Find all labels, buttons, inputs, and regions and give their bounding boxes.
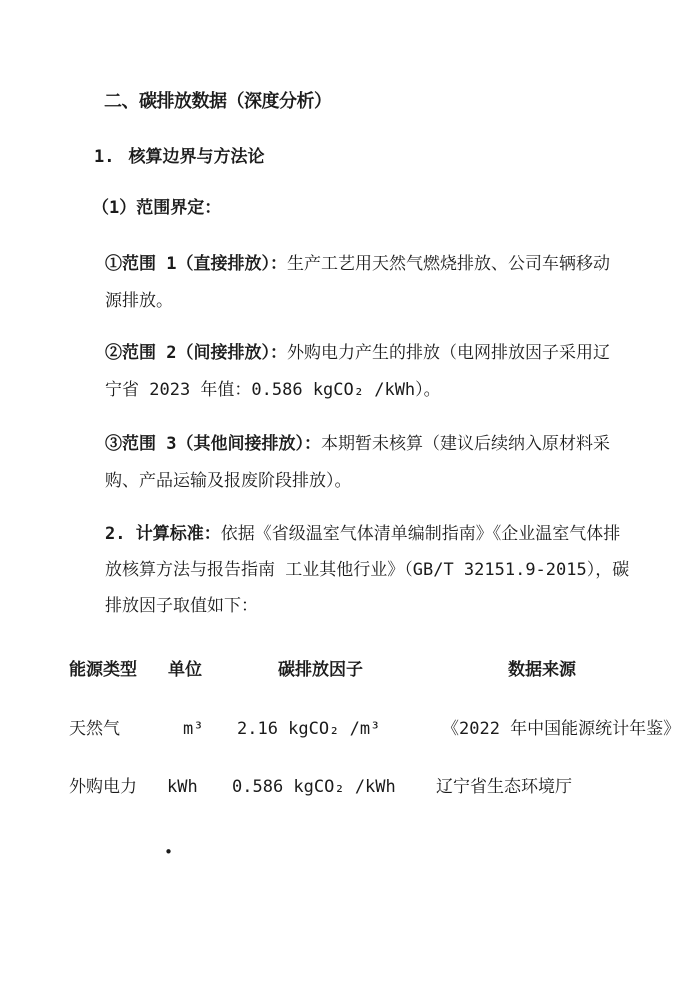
scope1-text1: 生产工艺用天然气燃烧排放、公司车辆移动 <box>287 254 610 274</box>
standard-label: 2. 计算标准： <box>105 524 221 544</box>
scope2-line1: ②范围 2（间接排放）：外购电力产生的排放（电网排放因子采用辽 <box>105 343 610 363</box>
table-row2-energy-type: 外购电力 <box>69 777 137 797</box>
scope2-text1: 外购电力产生的排放（电网排放因子采用辽 <box>287 343 610 363</box>
table-row1-unit: m³ <box>183 719 203 739</box>
table-header-data-source: 数据来源 <box>508 660 576 680</box>
table-row2-data-source: 辽宁省生态环境厅 <box>436 777 572 797</box>
subsection-heading: 1.核算边界与方法论 <box>94 147 264 167</box>
scope1-line1: ①范围 1（直接排放）：生产工艺用天然气燃烧排放、公司车辆移动 <box>105 254 610 274</box>
scope3-text1: 本期暂未核算（建议后续纳入原材料采 <box>321 434 610 454</box>
scope3-line2: 购、产品运输及报废阶段排放）。 <box>105 471 352 491</box>
table-row1-data-source: 《2022 年中国能源统计年鉴》 <box>442 719 680 739</box>
table-header-emission-factor: 碳排放因子 <box>278 660 363 680</box>
standard-line2: 放核算方法与报告指南 工业其他行业》（GB/T 32151.9-2015），碳 <box>105 560 629 580</box>
standard-text1: 依据《省级温室气体清单编制指南》《企业温室气体排 <box>221 524 621 544</box>
subsection-number: 1. <box>94 147 114 167</box>
table-header-unit: 单位 <box>168 660 202 680</box>
scope2-label: ②范围 2（间接排放）： <box>105 343 287 363</box>
table-row1-emission-factor: 2.16 kgCO₂ /m³ <box>237 719 380 739</box>
standard-line3: 排放因子取值如下： <box>105 596 258 616</box>
table-header-energy-type: 能源类型 <box>69 660 137 680</box>
scope3-label: ③范围 3（其他间接排放）： <box>105 434 321 454</box>
scope1-line2: 源排放。 <box>105 291 173 311</box>
scope1-label: ①范围 1（直接排放）： <box>105 254 287 274</box>
scope2-line2: 宁省 2023 年值：0.586 kgCO₂ /kWh）。 <box>105 380 441 400</box>
table-row2-emission-factor: 0.586 kgCO₂ /kWh <box>232 777 396 797</box>
table-row2-unit: kWh <box>167 777 198 797</box>
list-bullet: • <box>164 842 173 862</box>
subsection-title: 核算边界与方法论 <box>128 147 264 167</box>
page-section-title: 二、碳排放数据（深度分析） <box>104 92 332 112</box>
scope-definition-heading: （1）范围界定： <box>92 198 221 218</box>
standard-line1: 2. 计算标准：依据《省级温室气体清单编制指南》《企业温室气体排 <box>105 524 620 544</box>
document-page: 二、碳排放数据（深度分析） 1.核算边界与方法论 （1）范围界定： ①范围 1（… <box>0 0 700 990</box>
scope3-line1: ③范围 3（其他间接排放）：本期暂未核算（建议后续纳入原材料采 <box>105 434 610 454</box>
table-row1-energy-type: 天然气 <box>69 719 120 739</box>
